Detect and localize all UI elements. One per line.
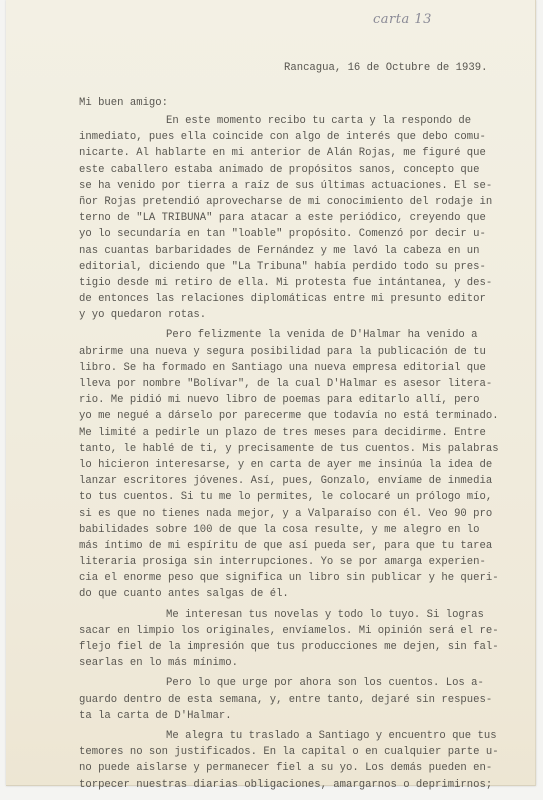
text-line: lanzar escritores jóvenes. Así, pues, Go… bbox=[79, 473, 499, 489]
text-line: ñor Rojas pretendió aprovecharse de mi c… bbox=[79, 194, 499, 210]
text-line: ta la carta de D'Halmar. bbox=[79, 708, 499, 724]
text-line: cia el enorme peso que significa un libr… bbox=[79, 570, 499, 586]
text-line: lleva por nombre "Bolívar", de la cual D… bbox=[79, 376, 499, 392]
text-line: literaria prosiga sin interrupciones. Yo… bbox=[79, 554, 499, 570]
text-line: Me limité a pedirle un plazo de tres mes… bbox=[79, 425, 499, 441]
text-line: se ha venido por tierra a raíz de sus úl… bbox=[79, 178, 499, 194]
salutation: Mi buen amigo: bbox=[79, 95, 168, 111]
text-line: En este momento recibo tu carta y la res… bbox=[79, 113, 499, 129]
paragraph: Me alegra tu traslado a Santiago y encue… bbox=[79, 728, 499, 793]
handwritten-annotation: carta 13 bbox=[373, 12, 432, 27]
text-line: tanto, le hablé de ti, y precisamente de… bbox=[79, 441, 499, 457]
text-line: lo hicieron interesarse, y en carta de a… bbox=[79, 457, 499, 473]
letter-page: carta 13 Rancagua, 16 de Octubre de 1939… bbox=[6, 0, 536, 786]
text-line: torpecer nuestras diarias obligaciones, … bbox=[79, 777, 499, 793]
text-line: nas cuantas barbaridades de Fernández y … bbox=[79, 243, 499, 259]
text-line: no puede aislarse y permanecer fiel a su… bbox=[79, 760, 499, 776]
text-line: temores no son justificados. En la capit… bbox=[79, 744, 499, 760]
text-line: Pero felizmente la venida de D'Halmar ha… bbox=[79, 327, 499, 343]
paragraph: Me interesan tus novelas y todo lo tuyo.… bbox=[79, 607, 499, 672]
paragraph: Pero lo que urge por ahora son los cuent… bbox=[79, 675, 499, 724]
text-line: yo me negué a dárselo por parecerme que … bbox=[79, 408, 499, 424]
text-line: babilidades sobre 100 de que la cosa res… bbox=[79, 522, 499, 538]
text-line: Pero lo que urge por ahora son los cuent… bbox=[79, 675, 499, 691]
text-line: más íntimo de mi espíritu de que así pue… bbox=[79, 538, 499, 554]
text-line: este caballero estaba animado de propósi… bbox=[79, 162, 499, 178]
text-line: rio. Me pidió mi nuevo libro de poemas p… bbox=[79, 392, 499, 408]
text-line: Me alegra tu traslado a Santiago y encue… bbox=[79, 728, 499, 744]
paragraph: En este momento recibo tu carta y la res… bbox=[79, 113, 499, 323]
text-line: to tus cuentos. Si tu me lo permites, le… bbox=[79, 489, 499, 505]
text-line: terno de "LA TRIBUNA" para atacar a este… bbox=[79, 210, 499, 226]
letter-body: En este momento recibo tu carta y la res… bbox=[79, 113, 499, 793]
paragraph: Pero felizmente la venida de D'Halmar ha… bbox=[79, 327, 499, 602]
text-line: sacar en limpio los originales, envíamel… bbox=[79, 623, 499, 639]
text-line: flejo fiel de la impresión que tus produ… bbox=[79, 639, 499, 655]
dateline: Rancagua, 16 de Octubre de 1939. bbox=[284, 60, 487, 76]
text-line: inmediato, pues ella coincide con algo d… bbox=[79, 129, 499, 145]
text-line: libro. Se ha formado en Santiago una nue… bbox=[79, 360, 499, 376]
text-line: nicarte. Al hablarte en mi anterior de A… bbox=[79, 145, 499, 161]
text-line: yo lo secundaría en tan "loable" propósi… bbox=[79, 226, 499, 242]
text-line: editorial, diciendo que "La Tribuna" hab… bbox=[79, 259, 499, 275]
text-line: de entonces las relaciones diplomáticas … bbox=[79, 291, 499, 307]
text-line: tigio desde mi retiro de ella. Mi protes… bbox=[79, 275, 499, 291]
text-line: do que cuanto antes salgas de él. bbox=[79, 586, 499, 602]
text-line: abrirme una nueva y segura posibilidad p… bbox=[79, 344, 499, 360]
text-line: guardo dentro de esta semana, y, entre t… bbox=[79, 692, 499, 708]
text-line: searlas en lo más mínimo. bbox=[79, 655, 499, 671]
text-line: si es que no tienes nada mejor, y a Valp… bbox=[79, 506, 499, 522]
text-line: Me interesan tus novelas y todo lo tuyo.… bbox=[79, 607, 499, 623]
text-line: y yo quedaron rotas. bbox=[79, 307, 499, 323]
